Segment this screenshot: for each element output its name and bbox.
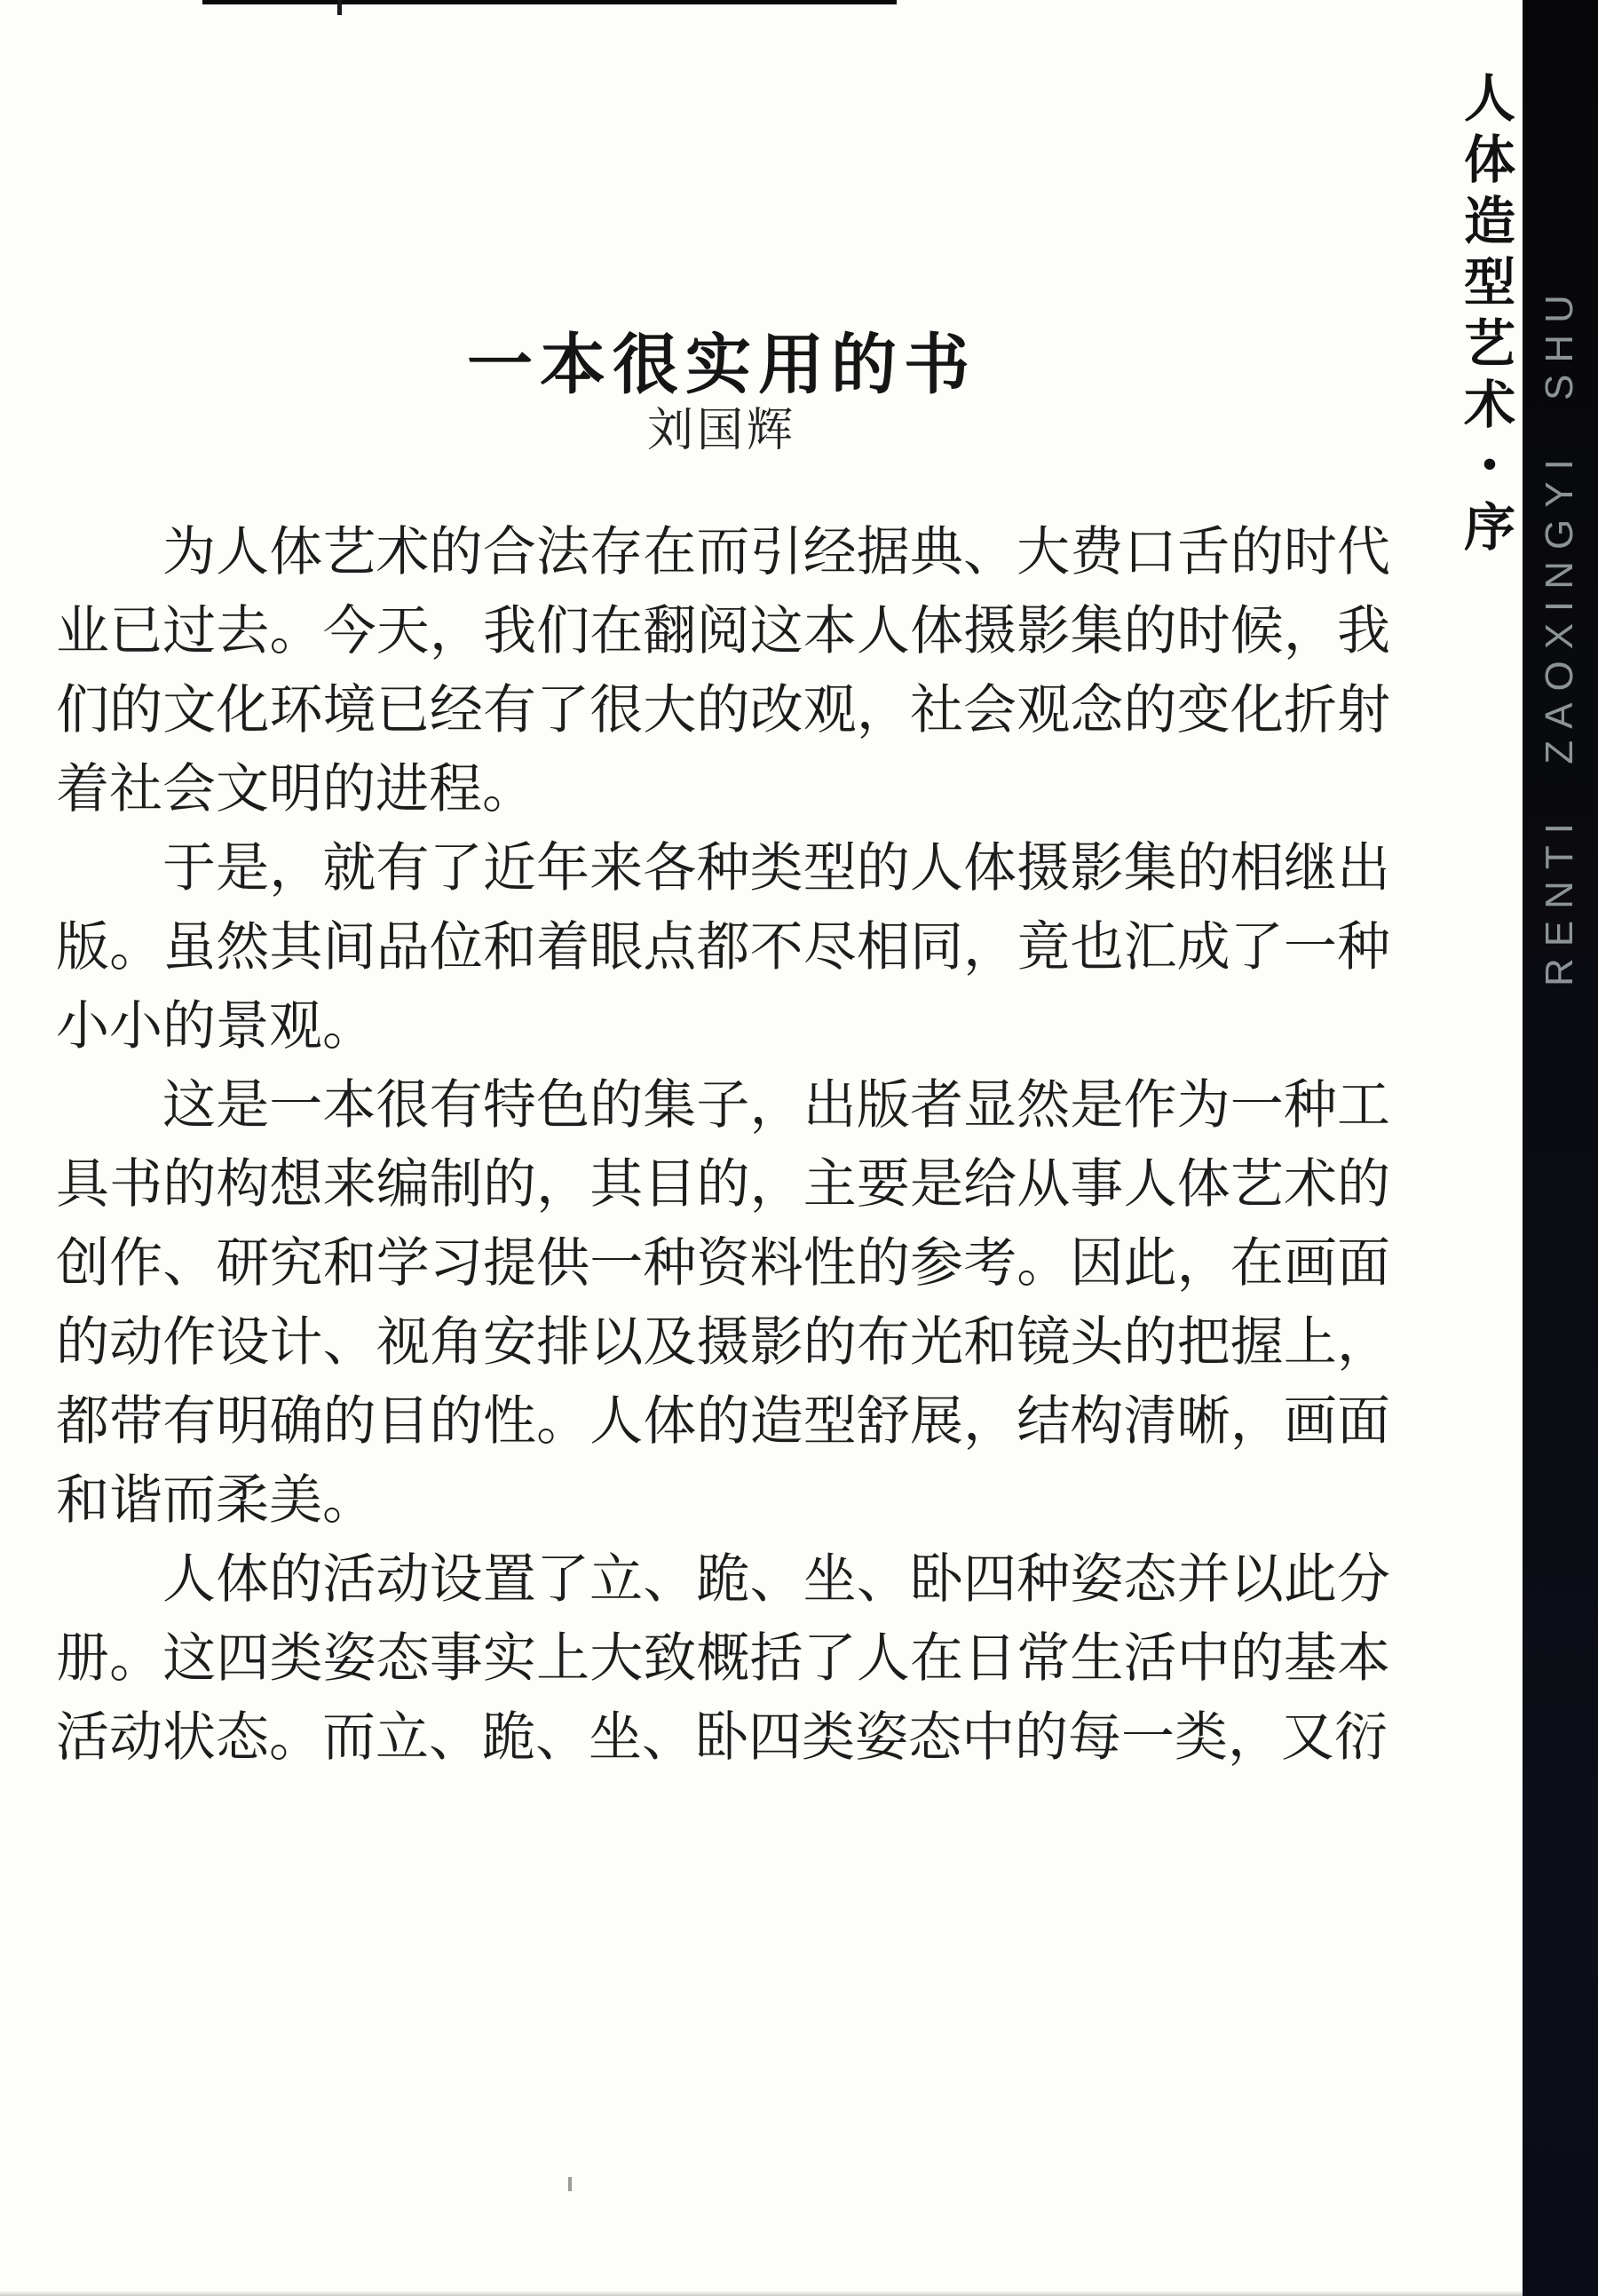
author-name: 刘国辉 — [56, 392, 1388, 459]
scanned-book-page: 一本很实用的书 刘国辉 为人体艺术的合法存在而引经据典、大费口舌的时代业已过去。… — [0, 0, 1598, 2296]
body-text-block: 为人体艺术的合法存在而引经据典、大费口舌的时代业已过去。今天，我们在翻阅这本人体… — [56, 513, 1390, 1777]
bottom-scan-shadow — [0, 2291, 1598, 2296]
paragraph-3: 这是一本很有特色的集子，出版者显然是作为一种工具书的构想来编制的，其目的，主要是… — [56, 1066, 1390, 1540]
top-scan-tick-mark — [337, 0, 342, 15]
spine-vertical-title-pinyin: RENTI ZAOXINGYI SHU — [1520, 151, 1598, 1119]
paragraph-4: 人体的活动设置了立、跪、坐、卧四种姿态并以此分册。这四类姿态事实上大致概括了人在… — [56, 1540, 1390, 1777]
paragraph-1: 为人体艺术的合法存在而引经据典、大费口舌的时代业已过去。今天，我们在翻阅这本人体… — [56, 513, 1390, 829]
spine-vertical-title-chinese: 人体造型艺术・序 — [1447, 71, 1522, 561]
paragraph-2: 于是，就有了近年来各种类型的人体摄影集的相继出版。虽然其间品位和着眼点都不尽相同… — [56, 829, 1390, 1066]
top-scan-edge-line — [202, 0, 897, 4]
stray-scan-mark — [568, 2177, 572, 2191]
